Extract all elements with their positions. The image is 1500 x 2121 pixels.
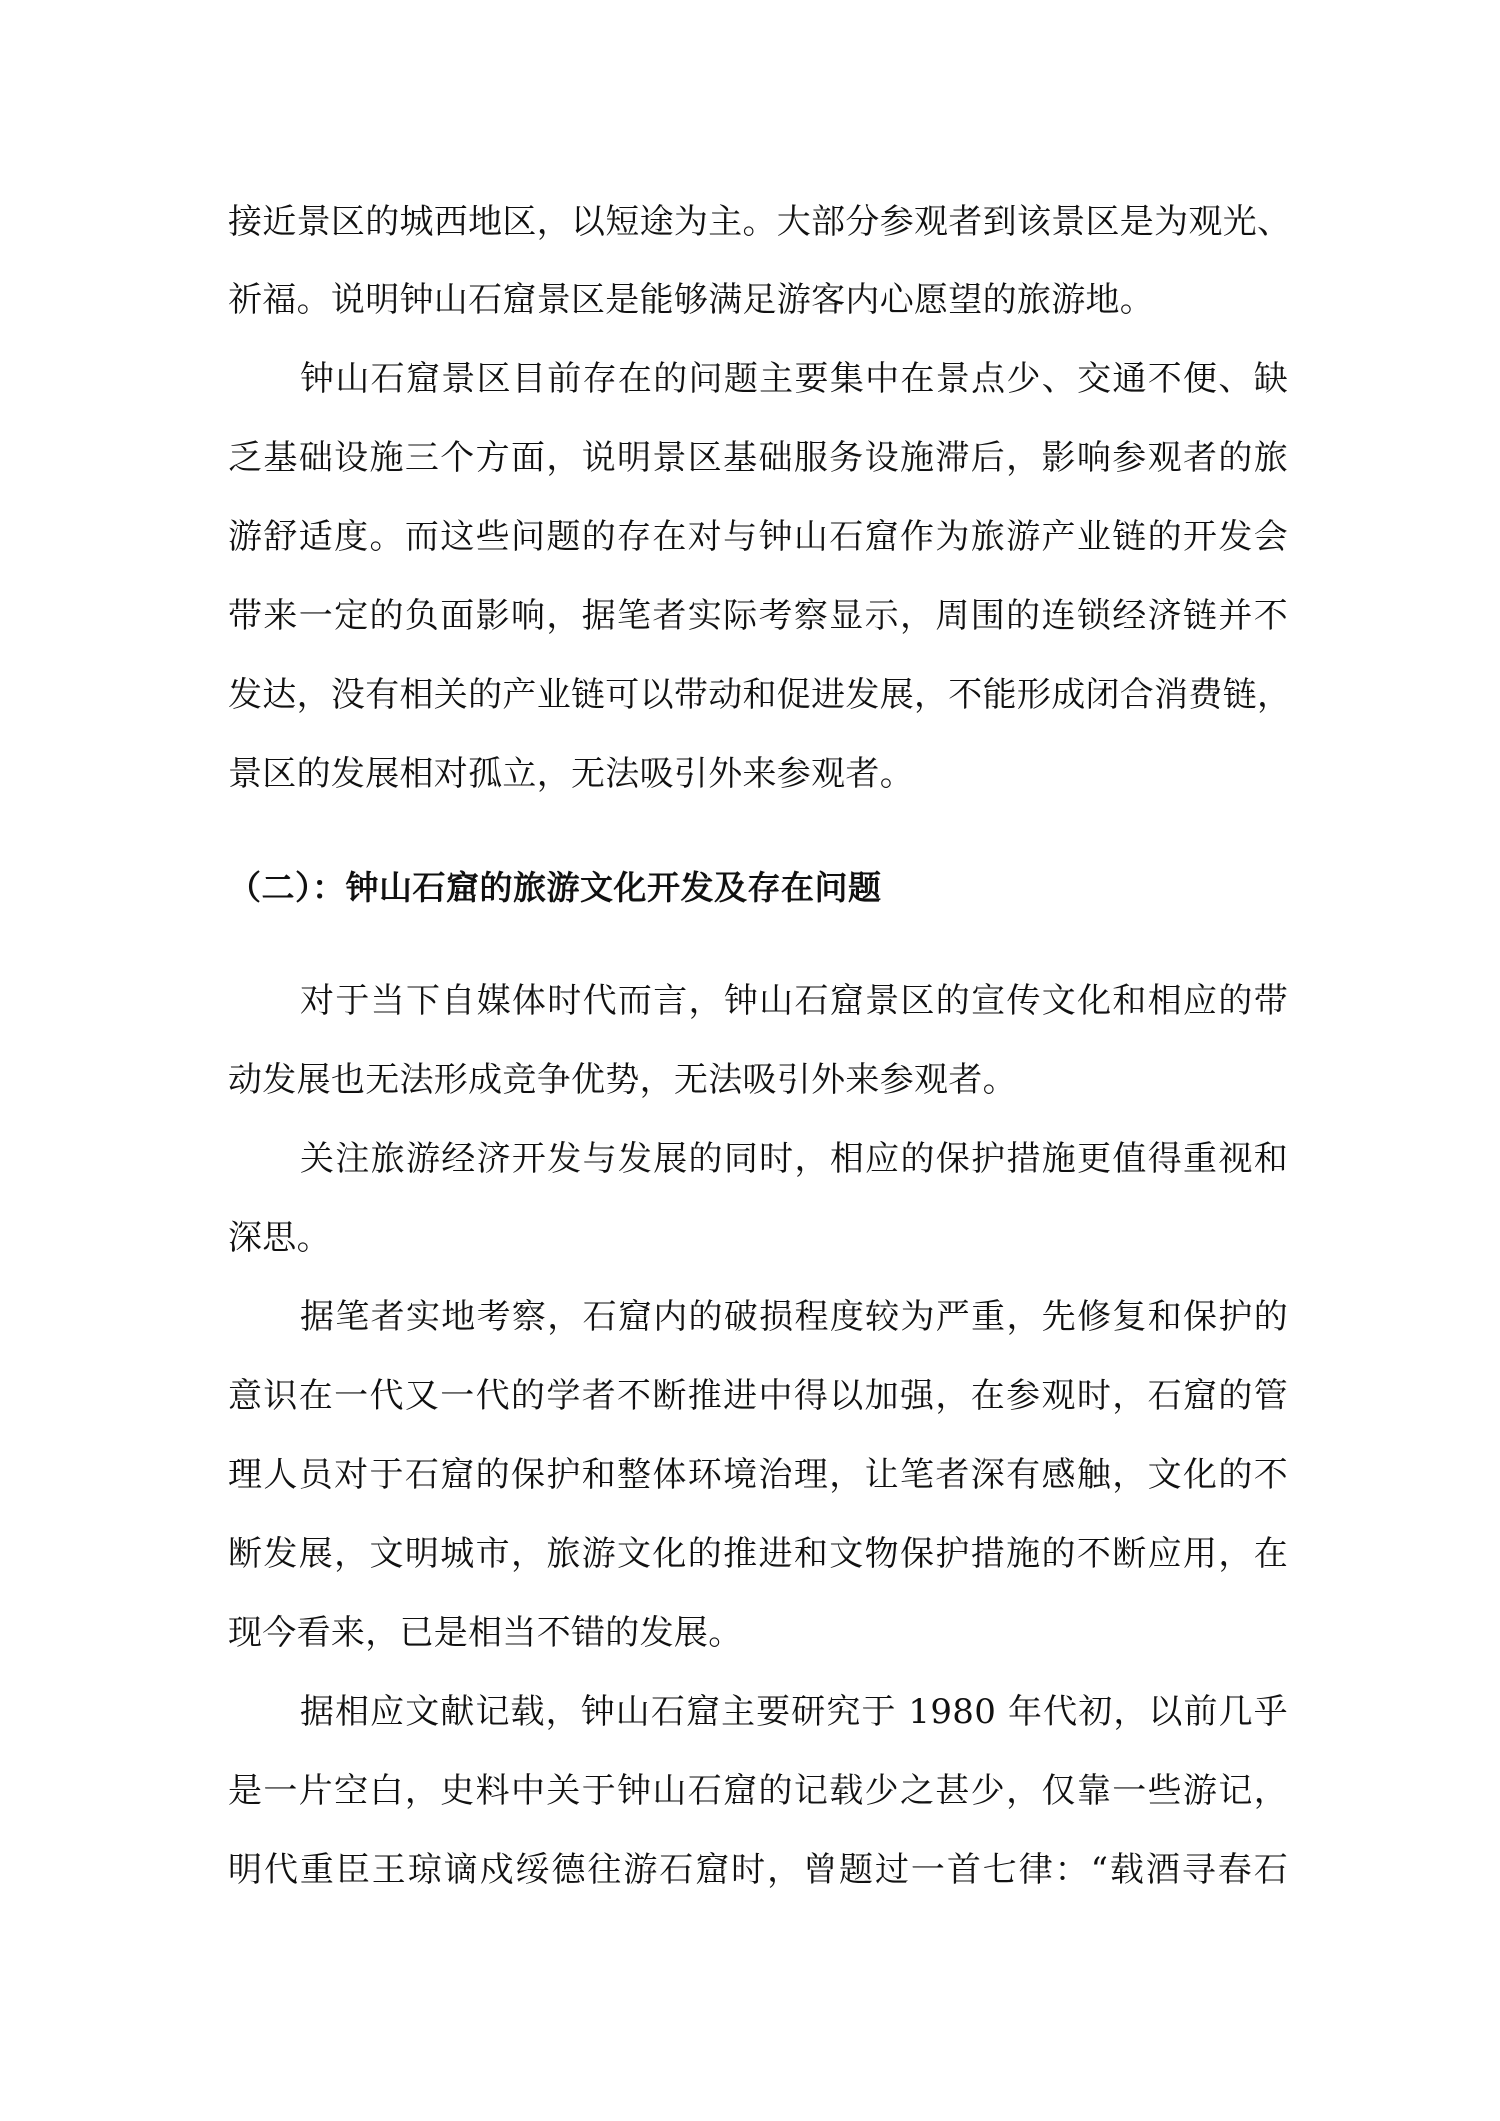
paragraph-line: 据笔者实地考察，石窟内的破损程度较为严重，先修复和保护的 <box>300 1297 1288 1337</box>
paragraph-line: 祈福。说明钟山石窟景区是能够满足游客内心愿望的旅游地。 <box>228 280 1288 320</box>
paragraph-line: 接近景区的城西地区，以短途为主。大部分参观者到该景区是为观光、 <box>228 202 1288 242</box>
paragraph-line: 理人员对于石窟的保护和整体环境治理，让笔者深有感触，文化的不 <box>228 1455 1288 1495</box>
paragraph-line: 是一片空白，史料中关于钟山石窟的记载少之甚少，仅靠一些游记， <box>228 1771 1288 1811</box>
paragraph-line: 游舒适度。而这些问题的存在对与钟山石窟作为旅游产业链的开发会 <box>228 517 1288 557</box>
paragraph-line: 乏基础设施三个方面，说明景区基础服务设施滞后，影响参观者的旅 <box>228 438 1288 478</box>
paragraph-line: 深思。 <box>228 1218 1288 1258</box>
paragraph-line: 断发展，文明城市，旅游文化的推进和文物保护措施的不断应用，在 <box>228 1534 1288 1574</box>
paragraph-line: 据相应文献记载，钟山石窟主要研究于 1980 年代初，以前几乎 <box>300 1692 1288 1732</box>
document-page: 接近景区的城西地区，以短途为主。大部分参观者到该景区是为观光、 祈福。说明钟山石… <box>0 0 1500 2121</box>
paragraph-line: 对于当下自媒体时代而言，钟山石窟景区的宣传文化和相应的带 <box>300 981 1288 1021</box>
paragraph-line: 意识在一代又一代的学者不断推进中得以加强，在参观时，石窟的管 <box>228 1376 1288 1416</box>
paragraph-line: 景区的发展相对孤立，无法吸引外来参观者。 <box>228 754 1288 794</box>
paragraph-line: 关注旅游经济开发与发展的同时，相应的保护措施更值得重视和 <box>300 1139 1288 1179</box>
paragraph-line: 钟山石窟景区目前存在的问题主要集中在景点少、交通不便、缺 <box>300 359 1288 399</box>
paragraph-line: 动发展也无法形成竞争优势，无法吸引外来参观者。 <box>228 1060 1288 1100</box>
paragraph-line: 发达，没有相关的产业链可以带动和促进发展，不能形成闭合消费链， <box>228 675 1288 715</box>
paragraph-line: 明代重臣王琼谪戍绥德往游石窟时，曾题过一首七律：“载酒寻春石 <box>228 1850 1288 1890</box>
paragraph-line: 带来一定的负面影响，据笔者实际考察显示，周围的连锁经济链并不 <box>228 596 1288 636</box>
paragraph-line: 现今看来，已是相当不错的发展。 <box>228 1613 1288 1653</box>
section-heading: （二）：钟山石窟的旅游文化开发及存在问题 <box>228 868 1288 908</box>
